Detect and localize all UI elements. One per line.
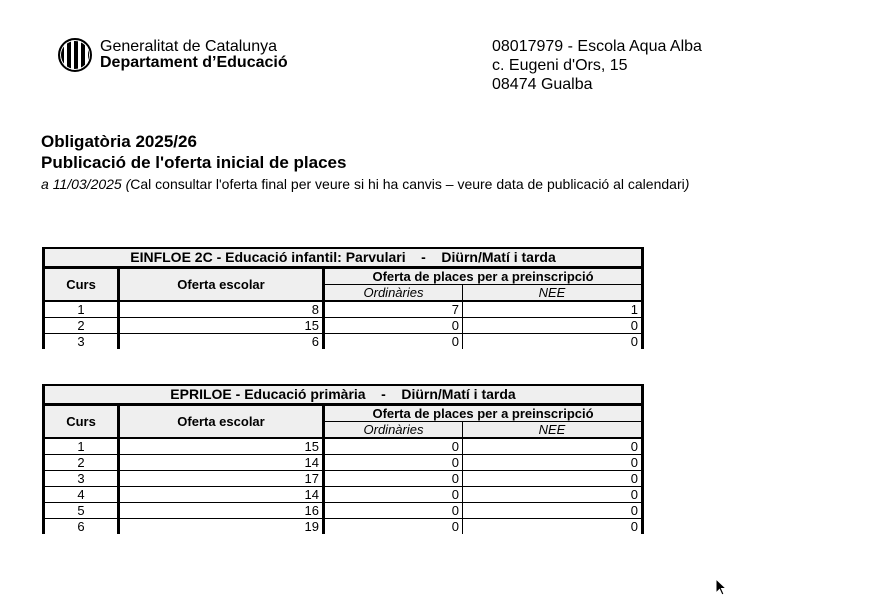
cell-nee: 0 [463,438,643,455]
header-oferta-escolar: Oferta escolar [119,268,324,302]
table-row: 31700 [44,471,643,487]
cell-curs: 3 [44,471,119,487]
cell-oferta-escolar: 14 [119,455,324,471]
cell-oferta-escolar: 6 [119,334,324,350]
school-code-name: 08017979 - Escola Aqua Alba [492,37,702,56]
cell-nee: 0 [463,471,643,487]
mouse-cursor-icon [715,578,729,598]
header-oferta-escolar: Oferta escolar [119,405,324,439]
cell-curs: 1 [44,301,119,318]
document-subtitle: Publicació de l'oferta inicial de places [41,152,689,173]
org-line-2: Departament d’Educació [100,55,288,71]
cell-curs: 3 [44,334,119,350]
cell-nee: 0 [463,519,643,535]
table-row: 3600 [44,334,643,350]
header-ordinaries: Ordinàries [324,422,463,439]
cell-nee: 0 [463,455,643,471]
document-title: Obligatòria 2025/26 [41,131,689,152]
cell-curs: 2 [44,455,119,471]
cell-nee: 0 [463,318,643,334]
offer-table-infantil: EINFLOE 2C - Educació infantil: Parvular… [42,247,644,349]
note-text: Cal consultar l'oferta final per veure s… [130,176,684,192]
cell-ordinaries: 0 [324,334,463,350]
header-nee: NEE [463,285,643,302]
publication-date: 11/03/2025 [53,176,122,192]
header-oferta-preinscripcio: Oferta de places per a preinscripció [324,268,643,285]
cell-curs: 1 [44,438,119,455]
note-close-paren: ) [685,176,690,192]
cell-curs: 5 [44,503,119,519]
table-row: 61900 [44,519,643,535]
cell-curs: 6 [44,519,119,535]
school-city: 08474 Gualba [492,75,702,94]
document-titles: Obligatòria 2025/26 Publicació de l'ofer… [41,131,689,194]
cell-ordinaries: 0 [324,519,463,535]
cell-oferta-escolar: 14 [119,487,324,503]
generalitat-logo-icon [58,38,92,72]
cell-nee: 1 [463,301,643,318]
offer-table-primaria: EPRILOE - Educació primària - Diürn/Matí… [42,384,644,534]
publication-note: a 11/03/2025 (Cal consultar l'oferta fin… [41,174,689,194]
org-line-1: Generalitat de Catalunya [100,39,288,55]
cell-ordinaries: 0 [324,455,463,471]
header-logo: Generalitat de Catalunya Departament d’E… [58,38,288,72]
cell-nee: 0 [463,503,643,519]
school-street: c. Eugeni d'Ors, 15 [492,56,702,75]
cell-ordinaries: 0 [324,318,463,334]
cell-oferta-escolar: 15 [119,318,324,334]
table-row: 21500 [44,318,643,334]
cell-ordinaries: 0 [324,438,463,455]
cell-ordinaries: 0 [324,487,463,503]
cell-ordinaries: 0 [324,503,463,519]
cell-ordinaries: 7 [324,301,463,318]
cell-ordinaries: 0 [324,471,463,487]
cell-oferta-escolar: 17 [119,471,324,487]
cell-curs: 2 [44,318,119,334]
table-row: 21400 [44,455,643,471]
cell-nee: 0 [463,334,643,350]
organization-name: Generalitat de Catalunya Departament d’E… [100,39,288,71]
table-title: EPRILOE - Educació primària - Diürn/Matí… [44,385,643,405]
header-curs: Curs [44,268,119,302]
cell-curs: 4 [44,487,119,503]
table-title: EINFLOE 2C - Educació infantil: Parvular… [44,248,643,268]
note-open-paren: ( [122,176,131,192]
header-nee: NEE [463,422,643,439]
table-row: 11500 [44,438,643,455]
cell-oferta-escolar: 8 [119,301,324,318]
school-address: 08017979 - Escola Aqua Alba c. Eugeni d'… [492,37,702,94]
header-ordinaries: Ordinàries [324,285,463,302]
table-row: 41400 [44,487,643,503]
header-oferta-preinscripcio: Oferta de places per a preinscripció [324,405,643,422]
cell-oferta-escolar: 19 [119,519,324,535]
cell-oferta-escolar: 15 [119,438,324,455]
table-row: 51600 [44,503,643,519]
header-curs: Curs [44,405,119,439]
cell-nee: 0 [463,487,643,503]
note-prefix: a [41,176,53,192]
table-row: 1871 [44,301,643,318]
cell-oferta-escolar: 16 [119,503,324,519]
